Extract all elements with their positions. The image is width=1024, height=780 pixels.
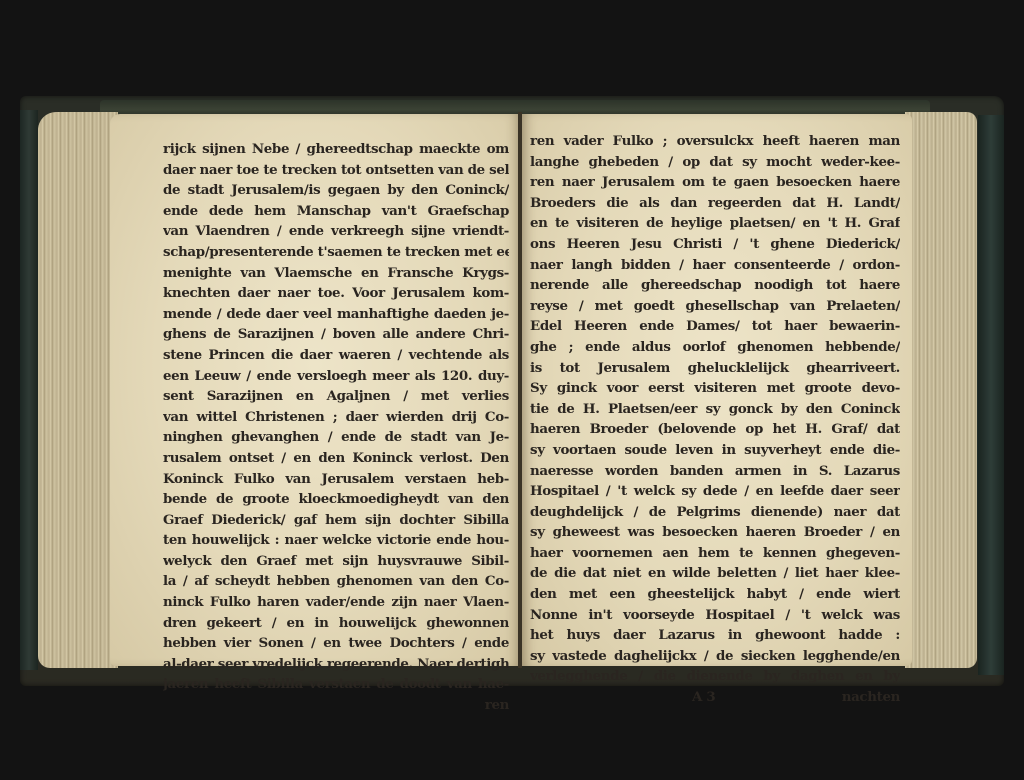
text-line: reyse / met goedt ghesellschap van Prela… xyxy=(530,296,900,317)
right-page-text: ren vader Fulko ; oversulckx heeft haere… xyxy=(530,131,900,708)
catchword: ren xyxy=(163,695,509,716)
text-line: ghe ; ende aldus oorlof ghenomen hebbend… xyxy=(530,337,900,358)
text-line: tie de H. Plaetsen/eer sy gonck by den C… xyxy=(530,399,900,420)
text-line: Broeders die als dan regeerden dat H. La… xyxy=(530,193,900,214)
right-page: ren vader Fulko ; oversulckx heeft haere… xyxy=(522,114,912,666)
book-cover-right-edge xyxy=(978,115,1004,675)
text-line: welyck den Graef met sijn huysvrauwe Sib… xyxy=(163,551,509,572)
page-footer: A 3 nachten xyxy=(530,687,900,708)
text-line: schap/presenterende t'saemen te trecken … xyxy=(163,242,509,263)
text-line: sent Sarazijnen en Agaljnen / met verlie… xyxy=(163,386,509,407)
left-page-text: rijck sijnen Nebe / ghereedtschap maeckt… xyxy=(163,139,509,716)
page-stack-left xyxy=(38,112,118,668)
text-line: rusalem ontset / en den Koninck verlost.… xyxy=(163,448,509,469)
text-line: een Leeuw / ende versloegh meer als 120.… xyxy=(163,366,509,387)
text-line: Sy ginck voor eerst visiteren met groote… xyxy=(530,378,900,399)
text-line: ren vader Fulko ; oversulckx heeft haere… xyxy=(530,131,900,152)
text-line: la / af scheydt hebben ghenomen van den … xyxy=(163,571,509,592)
text-line: ons Heeren Jesu Christi / 't ghene Diede… xyxy=(530,234,900,255)
text-line: is tot Jerusalem ghelucklelijck ghearriv… xyxy=(530,358,900,379)
text-line: sy gheweest was besoecken haeren Broeder… xyxy=(530,522,900,543)
text-line: al-daer seer vredelijck regeerende. Naer… xyxy=(163,654,509,675)
signature-mark: A 3 xyxy=(692,687,715,708)
text-line: naer langh bidden / haer consenteerde / … xyxy=(530,255,900,276)
text-line: stene Princen die daer waeren / vechtend… xyxy=(163,345,509,366)
page-stack-right xyxy=(905,112,977,668)
text-line: haer voornemen aen hem te kennen ghegeve… xyxy=(530,543,900,564)
text-line: naeresse worden banden armen in S. Lazar… xyxy=(530,461,900,482)
text-line: rijck sijnen Nebe / ghereedtschap maeckt… xyxy=(163,139,509,160)
text-line: en te visiteren de heylige plaetsen/ en … xyxy=(530,213,900,234)
text-line: de die dat niet en wilde beletten / liet… xyxy=(530,563,900,584)
text-line: Hospitael / 't welck sy dede / en leefde… xyxy=(530,481,900,502)
text-line: Koninck Fulko van Jerusalem verstaen heb… xyxy=(163,469,509,490)
text-line: deughdelijck / de Pelgrims dienende) nae… xyxy=(530,502,900,523)
text-line: haeren Broeder (belovende op het H. Graf… xyxy=(530,419,900,440)
text-line: van wittel Christenen ; daer wierden dri… xyxy=(163,407,509,428)
text-line: den met een gheestelijck habyt / ende wi… xyxy=(530,584,900,605)
catchword: nachten xyxy=(842,687,900,708)
left-page: rijck sijnen Nebe / ghereedtschap maeckt… xyxy=(110,114,520,666)
text-line: ren naer Jerusalem om te gaen besoecken … xyxy=(530,172,900,193)
text-line: jaeren heeft Sibilla verstaen de doodt v… xyxy=(163,674,509,695)
text-line: dren gekeert / en in houwelijck ghewonne… xyxy=(163,613,509,634)
text-line: van Vlaendren / ende verkreegh sijne vri… xyxy=(163,221,509,242)
text-line: het huys daer Lazarus in ghewoont hadde … xyxy=(530,625,900,646)
text-line: daer naer toe te trecken tot ontsetten v… xyxy=(163,160,509,181)
text-line: mende / dede daer veel manhaftighe daede… xyxy=(163,304,509,325)
text-line: Graef Diederick/ gaf hem sijn dochter Si… xyxy=(163,510,509,531)
text-line: ten houwelijck : naer welcke victorie en… xyxy=(163,530,509,551)
text-line: menighte van Vlaemsche en Fransche Krygs… xyxy=(163,263,509,284)
text-line: knechten daer naer toe. Voor Jerusalem k… xyxy=(163,283,509,304)
text-line: sy vastede daghelijckx / de siecken legg… xyxy=(530,646,900,667)
text-line: de stadt Jerusalem/is gegaen by den Coni… xyxy=(163,180,509,201)
text-line: Edel Heeren ende Dames/ tot haer bewaeri… xyxy=(530,316,900,337)
text-line: ghens de Sarazijnen / boven alle andere … xyxy=(163,324,509,345)
text-line: hebben vier Sonen / en twee Dochters / e… xyxy=(163,633,509,654)
text-line: verlegghende / die dienende by daghen en… xyxy=(530,666,900,687)
text-line: ninghen ghevanghen / ende de stadt van J… xyxy=(163,427,509,448)
text-line: nerende alle ghereedschap noodigh tot ha… xyxy=(530,275,900,296)
text-line: langhe ghebeden / op dat sy mocht weder-… xyxy=(530,152,900,173)
text-line: sy voortaen soude leven in suyverheyt en… xyxy=(530,440,900,461)
text-line: ende dede hem Manschap van't Graefschap xyxy=(163,201,509,222)
text-line: bende de groote kloeckmoedigheydt van de… xyxy=(163,489,509,510)
text-line: ninck Fulko haren vader/ende zijn naer V… xyxy=(163,592,509,613)
text-line: Nonne in't voorseyde Hospitael / 't welc… xyxy=(530,605,900,626)
book-cover-left-edge xyxy=(20,110,38,670)
